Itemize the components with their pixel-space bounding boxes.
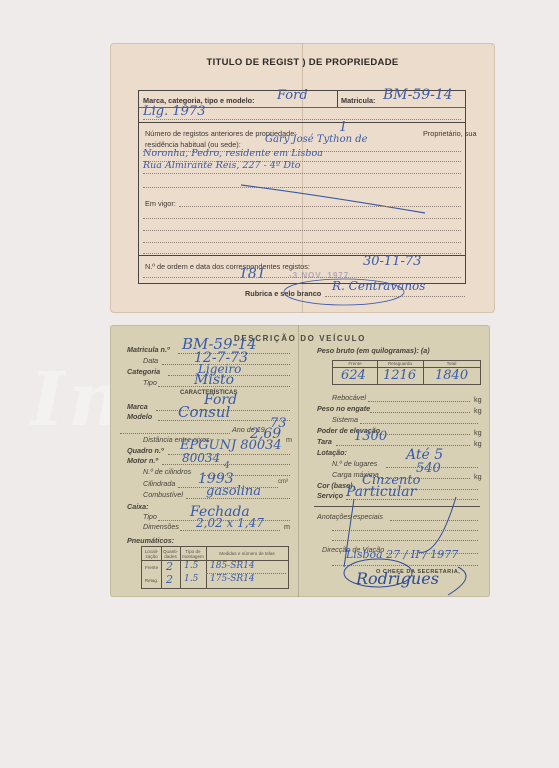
header-quantidades: Quanti-dades [161, 549, 180, 559]
dotted-line [336, 445, 470, 446]
dotted-line [376, 434, 470, 435]
kg-unit: kg [474, 428, 482, 437]
cilindros-label: N.º de cilindros [143, 467, 191, 476]
tara-value: 1300 [354, 430, 387, 443]
modelo-label: Modelo [127, 412, 152, 421]
pneumaticos-label: Pneumáticos: [127, 536, 174, 545]
sistema-label: Sistema [332, 415, 358, 424]
matricula-label: Matricula: [341, 96, 375, 105]
proprietario-line1: Gary José Tython de [265, 135, 368, 145]
combustivel-value: gasolina [206, 485, 261, 498]
marca-value-line2: Lig. 1973 [143, 105, 205, 118]
titulo-registo-heading: TITULO DE REGIST ) DE PROPRIEDADE [110, 57, 495, 68]
dotted-line [143, 242, 461, 243]
row-frente-tipo: 1.5 [184, 562, 198, 571]
rebocavel-label: Rebocável [332, 393, 366, 402]
descricao-heading: DESCRIÇÃO DO VEÍCULO [110, 334, 490, 343]
proprietario-line3: Rua Almirante Reis, 227 - 4º Dto [143, 161, 300, 171]
row-retag-loc: Retag. [142, 578, 161, 583]
lotacao-label: Lotação: [317, 448, 347, 457]
dotted-line [120, 433, 230, 434]
kg-unit: kg [474, 406, 482, 415]
categoria-label: Categoria [127, 367, 160, 376]
peso-header-retaguarda: Retaguarda [377, 361, 423, 366]
ordem-label: N.º de ordem e data dos correspondentes … [145, 262, 310, 271]
ordem-date: 30-11-73 [363, 255, 421, 268]
peso-engate-label: Peso no engate [317, 404, 370, 413]
divider [139, 122, 465, 123]
kg-unit: kg [474, 472, 482, 481]
dimensoes-value: 2,02 x 1,47 [196, 517, 264, 529]
dotted-line [143, 173, 461, 174]
distancia-unit: m [286, 435, 292, 444]
kg-unit: kg [474, 439, 482, 448]
dimensoes-unit: m [284, 522, 290, 531]
dotted-line [370, 412, 470, 413]
combustivel-label: Combustível [143, 490, 183, 499]
matricula-value: BM-59-14 [383, 88, 453, 102]
peso-table: Frente Retaguarda Total 624 1216 1840 [332, 360, 481, 385]
dotted-line [143, 119, 461, 120]
signature-strokes [338, 497, 488, 597]
peso-total-value: 1840 [435, 369, 468, 382]
dotted-line [180, 530, 280, 531]
cilindrada-label: Cilindrada [143, 479, 175, 488]
data-label: Data [143, 356, 158, 365]
row-frente-loc: Frente [142, 565, 161, 570]
matricula-label: Matricula n.º [127, 345, 170, 354]
row-retag-qty: 2 [166, 574, 173, 585]
kg-unit: kg [474, 395, 482, 404]
dotted-line [368, 401, 470, 402]
strike-line [239, 181, 439, 217]
descricao-veiculo-card: DESCRIÇÃO DO VEÍCULO Matricula n.º BM-59… [110, 325, 490, 597]
caixa-tipo-label: Tipo [143, 512, 157, 521]
fold-line [298, 325, 299, 597]
tipo-label: Tipo [143, 378, 157, 387]
registos-value: 1 [339, 121, 347, 134]
row-retag-medidas: 175-SR14 [210, 575, 255, 584]
quadro-label: Quadro n.º [127, 446, 164, 455]
marca-value: Ford [277, 89, 308, 102]
cilindros-value: 4 [224, 462, 230, 471]
proprietario-line2: Noronha, Pedro, residente em Lisboa [143, 149, 323, 159]
peso-header-frente: Frente [333, 361, 377, 366]
peso-frente-value: 624 [341, 369, 366, 382]
dotted-line [360, 423, 478, 424]
dotted-line [179, 206, 461, 207]
motor-label: Motor n.º [127, 456, 158, 465]
row-frente-qty: 2 [166, 561, 173, 572]
ordem-number: 181 [239, 267, 266, 281]
header-localizacao: Locali-zação [142, 549, 161, 559]
header-tipo-montagem: Tipo de montagem [180, 549, 206, 559]
caixa-label: Caixa: [127, 502, 149, 511]
dotted-line [143, 230, 461, 231]
tara-label: Tara [317, 437, 332, 446]
registo-form-box: Marca, categoria, tipo e modelo: Ford Ma… [138, 90, 466, 284]
proprietario-label: Proprietário, sua [423, 129, 477, 138]
header-medidas: Medidas e número de telas [206, 551, 288, 556]
em-vigor-label: Em vigor: [145, 199, 176, 208]
marca-label: Marca [127, 402, 148, 411]
row-frente-medidas: 185-SR14 [210, 562, 255, 571]
motor-value: 80034 [182, 452, 220, 464]
modelo-value: Consul [178, 405, 230, 420]
lugares-label: N.º de lugares [332, 459, 377, 468]
signature-loop [280, 275, 410, 309]
pneumaticos-table: Locali-zação Quanti-dades Tipo de montag… [141, 546, 289, 589]
cilindrada-unit: cm³ [278, 479, 288, 485]
row-retag-tipo: 1.5 [184, 575, 198, 584]
peso-bruto-label: Peso bruto (em quilogramas): (a) [317, 346, 430, 355]
lugares-value: Até 5 [406, 448, 443, 462]
peso-header-total: Total [423, 361, 480, 366]
titulo-registo-card: TITULO DE REGIST ) DE PROPRIEDADE Marca,… [110, 43, 495, 313]
divider [337, 91, 338, 107]
dimensoes-label: Dimensões [143, 522, 179, 531]
dotted-line [143, 218, 461, 219]
tipo-value: Misto [194, 373, 234, 387]
peso-retaguarda-value: 1216 [383, 369, 416, 382]
